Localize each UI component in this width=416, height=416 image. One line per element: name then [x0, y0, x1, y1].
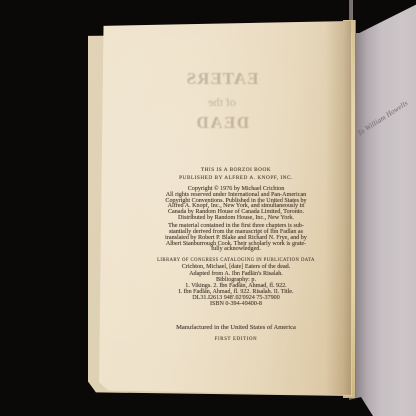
bleed-title-line1: EATERS [155, 65, 289, 92]
manufactured-line: Manufactured in the United States of Ame… [125, 324, 347, 331]
acknowledgement-paragraph: The material contained in the first thre… [125, 224, 347, 253]
bleed-title-line2: of the [155, 92, 289, 112]
lc-cataloging-header: LIBRARY OF CONGRESS CATALOGING IN PUBLIC… [125, 258, 347, 263]
lc-cataloging-block: Crichton, Michael, [date] Eaters of the … [125, 264, 347, 306]
isbn-line: ISBN 0-394-49400-8 [125, 301, 347, 307]
copyright-line: Distributed by Random House, Inc., New Y… [125, 216, 347, 222]
colophon: THIS IS A BORZOI BOOK PUBLISHED BY ALFRE… [125, 166, 347, 342]
copyright-page: EATERS of the DEAD THIS IS A BORZOI BOOK… [99, 21, 351, 395]
bleed-through-title: EATERS of the DEAD [155, 65, 289, 133]
first-edition-line: FIRST EDITION [125, 337, 347, 342]
borzoi-line: THIS IS A BORZOI BOOK [125, 166, 347, 174]
bleed-title-line3: DEAD [155, 112, 289, 133]
acknowledgement-line: fully acknowledged. [125, 247, 347, 253]
publisher-line: PUBLISHED BY ALFRED A. KNOPF, INC. [125, 174, 347, 182]
dedication-page [349, 0, 416, 416]
copyright-paragraph: Copyright © 1976 by Michael Crichton All… [125, 187, 347, 222]
